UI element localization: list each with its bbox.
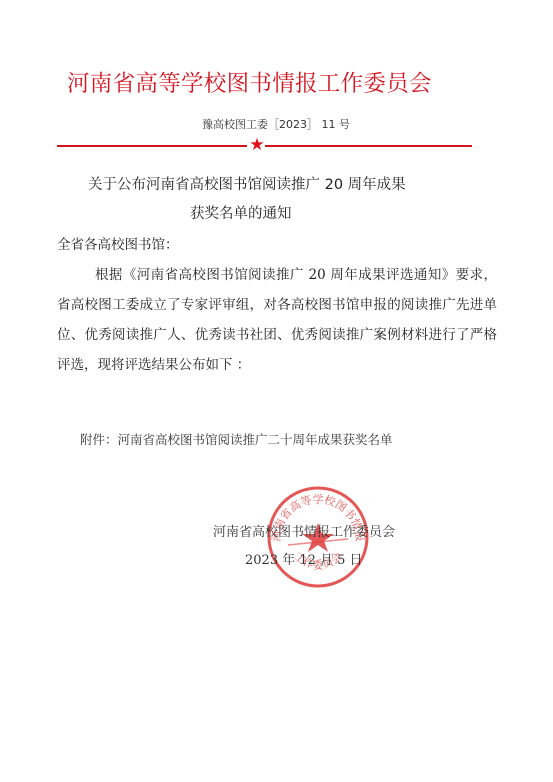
body-paragraph: 根据《河南省高校图书馆阅读推广 20 周年成果评选通知》要求，省高校图工委成立了… — [57, 260, 497, 380]
salutation: 全省各高校图书馆： — [57, 233, 179, 253]
notice-title-line1: 关于公布河南省高校图书馆阅读推广 20 周年成果 — [88, 173, 406, 194]
organization-title: 河南省高等学校图书情报工作委员会 — [67, 66, 432, 98]
signature-date: 2023 年 12 月 5 日 — [245, 549, 363, 568]
separator-line-left — [57, 145, 247, 147]
document-number: 豫高校图工委［2023］ 11 号 — [202, 116, 350, 132]
attachment-line: 附件：河南省高校图书馆阅读推广二十周年成果获奖名单 — [80, 430, 393, 448]
separator-line-right — [265, 145, 472, 147]
notice-title-line2: 获奖名单的通知 — [190, 202, 292, 223]
signature-organization: 河南省高校图书情报工作委员会 — [213, 521, 395, 540]
star-icon: ★ — [248, 136, 266, 154]
